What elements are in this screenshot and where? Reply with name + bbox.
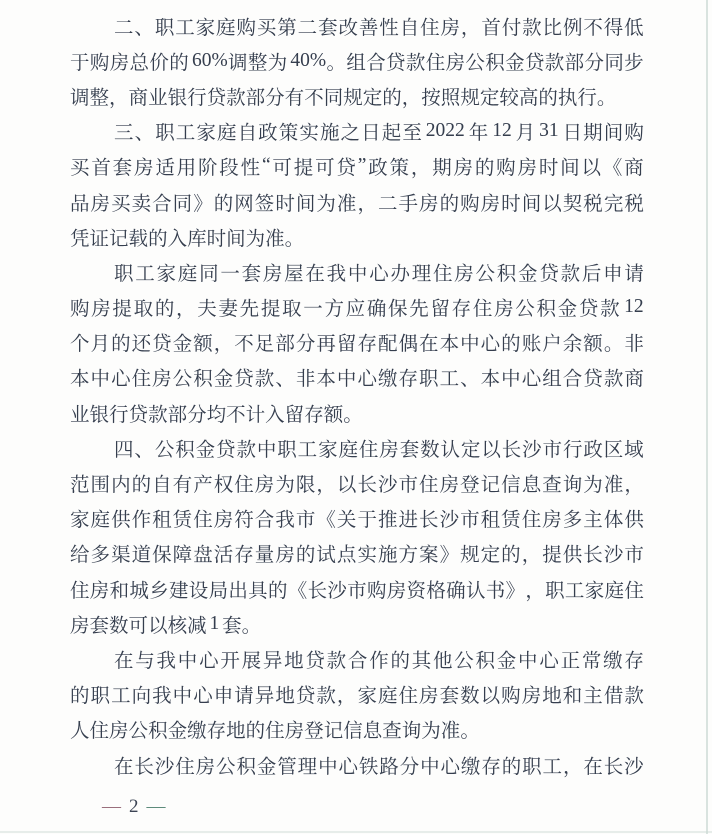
text-line: 购房提取的，夫妻先提取一方应确保先留存住房公积金贷款 12 <box>70 290 644 325</box>
scan-edge-line-bottom <box>0 831 712 833</box>
text-line: 的职工向我中心申请异地贷款，家庭住房套数以购房地和主借款 <box>70 677 644 712</box>
text-line: 买首套房适用阶段性“可提可贷”政策，期房的购房时间以《商 <box>70 149 644 184</box>
text-line: 房套数可以核减 1 套。 <box>70 606 644 641</box>
text-line: 个月的还贷金额，不足部分再留存配偶在本中心的账户余额。非 <box>70 325 644 360</box>
text-line: 凭证记载的入库时间为准。 <box>70 219 644 254</box>
document-body: 二、职工家庭购买第二套改善性自住房，首付款比例不得低于购房总价的 60%调整为 … <box>70 8 644 782</box>
text-line: 在与我中心开展异地贷款合作的其他公积金中心正常缴存 <box>70 641 644 676</box>
scan-edge-line-right <box>706 0 708 834</box>
text-line: 给多渠道保障盘活存量房的试点实施方案》规定的，提供长沙市 <box>70 536 644 571</box>
text-line: 住房和城乡建设局出具的《长沙市购房资格确认书》，职工家庭住 <box>70 571 644 606</box>
page-number-dash-right: — <box>147 796 167 817</box>
page-number-value: 2 <box>129 796 140 817</box>
page-number-dash-left: — <box>102 796 122 817</box>
text-line: 调整，商业银行贷款部分有不同规定的，按照规定较高的执行。 <box>70 78 644 113</box>
text-line: 家庭供作租赁住房符合我市《关于推进长沙市租赁住房多主体供 <box>70 501 644 536</box>
text-line: 品房买卖合同》的网签时间为准，二手房的购房时间以契税完税 <box>70 184 644 219</box>
text-line: 本中心住房公积金贷款、非本中心缴存职工、本中心组合贷款商 <box>70 360 644 395</box>
text-line: 于购房总价的 60%调整为 40%。组合贷款住房公积金贷款部分同步 <box>70 43 644 78</box>
text-line: 在长沙住房公积金管理中心铁路分中心缴存的职工，在长沙 <box>70 747 644 782</box>
text-line: 范围内的自有产权住房为限，以长沙市住房登记信息查询为准， <box>70 465 644 500</box>
text-line: 三、职工家庭自政策实施之日起至 2022 年 12 月 31 日期间购 <box>70 114 644 149</box>
text-line: 二、职工家庭购买第二套改善性自住房，首付款比例不得低 <box>70 8 644 43</box>
text-line: 职工家庭同一套房屋在我中心办理住房公积金贷款后申请 <box>70 254 644 289</box>
text-line: 四、公积金贷款中职工家庭住房套数认定以长沙市行政区域 <box>70 430 644 465</box>
document-page: 二、职工家庭购买第二套改善性自住房，首付款比例不得低于购房总价的 60%调整为 … <box>0 0 712 834</box>
text-line: 人住房公积金缴存地的住房登记信息查询为准。 <box>70 712 644 747</box>
page-number: —2— <box>102 796 167 818</box>
text-line: 业银行贷款部分均不计入留存额。 <box>70 395 644 430</box>
